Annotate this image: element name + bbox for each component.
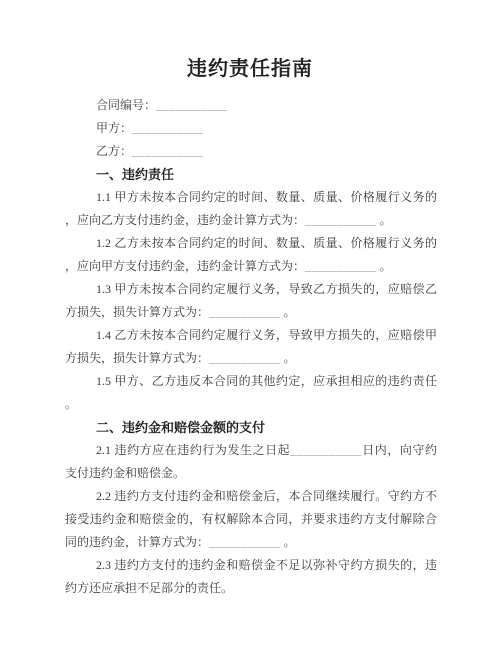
clause-line: 方损失，损失计算方式为：___________ 。 (65, 347, 437, 370)
fill-in-blank: ___________ (305, 213, 377, 227)
fill-in-blank: ___________ (209, 351, 281, 365)
fill-in-blank: ___________ (305, 259, 377, 273)
fill-in-blank: ___________ (209, 305, 281, 319)
section-heading: 二、违约金和赔偿金额的支付 (65, 416, 437, 439)
fill-in-blank: ___________ (156, 98, 228, 112)
clause-line: 接受违约金和赔偿金的，有权解除本合同，并要求违约方支付解除合 (65, 508, 437, 531)
clause-line: 1.2 乙方未按本合同约定的时间、数量、质量、价格履行义务的 (65, 232, 437, 255)
fill-in-blank: ___________ (290, 443, 362, 457)
clause-line: 2.3 违约方支付的违约金和赔偿金不足以弥补守约方损失的，违 (65, 554, 437, 577)
section-heading: 一、违约责任 (65, 163, 437, 186)
field-label: 合同编号： (96, 98, 156, 112)
clause-line: 支付违约金和赔偿金。 (65, 462, 437, 485)
header-field-line: 合同编号：___________ (65, 94, 437, 117)
clause-line: ，应向乙方支付违约金，违约金计算方式为：___________ 。 (65, 209, 437, 232)
fill-in-blank: ___________ (209, 535, 281, 549)
document-body: 一、违约责任1.1 甲方未按本合同约定的时间、数量、质量、价格履行义务的，应向乙… (65, 163, 437, 600)
field-label: 乙方： (96, 144, 132, 158)
clause-line: 约方还应承担不足部分的责任。 (65, 577, 437, 600)
clause-line: 1.5 甲方、乙方违反本合同的其他约定，应承担相应的违约责任 (65, 370, 437, 393)
clause-line: 1.3 甲方未按本合同约定履行义务，导致乙方损失的，应赔偿乙 (65, 278, 437, 301)
document-page: 违约责任指南 合同编号：___________甲方：___________乙方：… (0, 0, 500, 647)
clause-line: 1.4 乙方未按本合同约定履行义务，导致甲方损失的，应赔偿甲 (65, 324, 437, 347)
document-content: 合同编号：___________甲方：___________乙方：_______… (65, 94, 437, 600)
header-field-line: 甲方：___________ (65, 117, 437, 140)
header-fields: 合同编号：___________甲方：___________乙方：_______… (65, 94, 437, 163)
fill-in-blank: ___________ (132, 144, 204, 158)
clause-line: 同的违约金，计算方式为：___________ 。 (65, 531, 437, 554)
clause-line: 2.1 违约方应在违约行为发生之日起___________日内，向守约方 (65, 439, 437, 462)
header-field-line: 乙方：___________ (65, 140, 437, 163)
clause-line: 2.2 违约方支付违约金和赔偿金后，本合同继续履行。守约方不 (65, 485, 437, 508)
fill-in-blank: ___________ (132, 121, 204, 135)
clause-line: ，应向甲方支付违约金，违约金计算方式为：___________ 。 (65, 255, 437, 278)
document-title: 违约责任指南 (0, 0, 500, 82)
field-label: 甲方： (96, 121, 132, 135)
clause-line: 。 (65, 393, 437, 416)
clause-line: 1.1 甲方未按本合同约定的时间、数量、质量、价格履行义务的 (65, 186, 437, 209)
clause-line: 方损失，损失计算方式为：___________ 。 (65, 301, 437, 324)
